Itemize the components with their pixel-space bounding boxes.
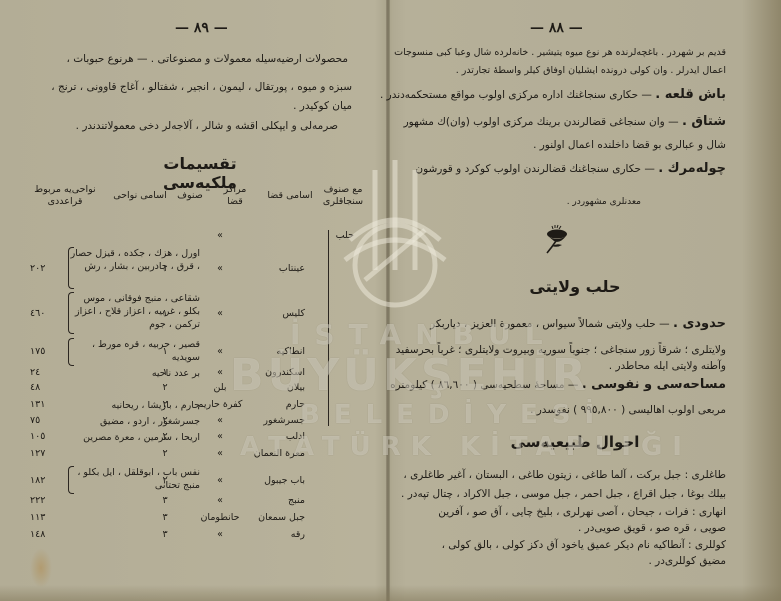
paragraph-line: اعمال ایدرلر . وان كولی درونده ایشلیان ا… xyxy=(456,64,726,78)
cell-villages: ٤٦٠ xyxy=(30,308,65,319)
cell-center: » xyxy=(195,308,245,319)
header-nahiye: اسامی نواحی xyxy=(110,190,170,202)
brace xyxy=(68,247,74,289)
cell-nahiye: اریحا ، سرمین ، معرة مصرین xyxy=(70,431,200,444)
cell-villages: ١٠٥ xyxy=(30,431,65,442)
entry-text: — حكاری سنجاغنك قضالرندن اولوب كوكرد و ق… xyxy=(415,163,654,175)
boundaries-line: حدودی . — حلب ولایتی شمالاً سیواس ، معمو… xyxy=(430,317,726,331)
cell-center: » xyxy=(195,263,245,274)
brace xyxy=(68,292,74,334)
area-text: — مساحهٔ سطحیه‌سی ( ٨٦,٦٠٠ ) كیلومتره xyxy=(390,379,578,391)
cell-villages: ١٣١ xyxy=(30,399,65,410)
cell-villages: ١٨٢ xyxy=(30,475,65,486)
cell-center: » xyxy=(195,495,245,506)
cell-center: » xyxy=(195,529,245,540)
left-page: — ٨٩ — محصولات ارضیه‌سیله معمولات و مصنو… xyxy=(0,0,388,601)
brace xyxy=(68,466,74,494)
natural-line: انهاری : فرات ، جیحان ، آصی نهرلری ، بلی… xyxy=(438,505,726,519)
page-number-right: — ٨٨ — xyxy=(530,20,583,36)
entry-text: — حكاری سنجاغنك اداره مركزی اولوب مواقع … xyxy=(380,89,652,101)
cell-kaza: اسكندرون xyxy=(245,367,305,378)
cell-center: » xyxy=(195,346,245,357)
cell-center: حانطومان xyxy=(195,512,245,523)
cell-class: ٢ xyxy=(150,448,180,459)
cell-kaza: جبل سمعان xyxy=(245,512,305,523)
flower-ornament-icon xyxy=(540,224,574,254)
paragraph-line: صرمه‌لی و ایپکلی اقشه و شالر ، آلاجه‌لر … xyxy=(76,119,338,133)
page-number-left: — ٨٩ — xyxy=(175,20,228,36)
natural-line: كوللری : آنطاكیه نام دیكر عمیق یاخود آق … xyxy=(442,538,726,552)
table-header: مع صنوف سنجاقلری اسامی قضا مراکز قضا صنو… xyxy=(30,184,360,220)
cell-kaza: كلیس xyxy=(245,308,305,319)
paragraph-line: سبزه و میوه ، پورتقال ، لیمون ، انجیر ، … xyxy=(51,80,352,94)
cell-villages: ١١٣ xyxy=(30,512,65,523)
cell-kaza: انطاكیه xyxy=(245,346,305,357)
area-population-line: مربعی اولوب اهالیسی ( ٩٩٥,٨٠٠ ) نفوسدر . xyxy=(530,403,726,417)
paragraph-line: محصولات ارضیه‌سیله معمولات و مصنوعاتی . … xyxy=(67,52,348,66)
area-population-line: مساحه‌سی و نفوسی . — مساحهٔ سطحیه‌سی ( ٨… xyxy=(390,378,726,392)
boundaries-line: وآطنه ولایتی ایله محاطدر . xyxy=(609,359,726,373)
cell-class: ٣ xyxy=(150,512,180,523)
cell-nahiye: نفس باب ، ابوقلقل ، ایل بكلو ، منبج تحتا… xyxy=(70,466,200,492)
entry-colemerik: چوله‌مرك . — حكاری سنجاغنك قضالرندن اولو… xyxy=(415,162,726,176)
paragraph-line: قدیم بر شهردر . باغچه‌لرنده هر نوع میوه … xyxy=(394,46,726,60)
boundaries-line: ولایتلری ؛ شرقاً زور سنجاغی ؛ جنوباً سور… xyxy=(396,343,726,357)
cell-villages: ٢٠٢ xyxy=(30,263,65,274)
entry-term: شتاق . xyxy=(682,114,726,129)
entry-term: باش قلعه . xyxy=(655,87,726,102)
paragraph-line: میان کوکیدر . xyxy=(293,99,352,113)
cell-villages: ١٤٨ xyxy=(30,529,65,540)
natural-line: بیلك بوغا ، جبل اقراع ، جبل احمر ، جبل م… xyxy=(401,487,726,501)
cell-center: كفرة حاریم xyxy=(195,399,245,410)
header-center: مراکز قضا xyxy=(215,184,255,208)
cell-kaza: عینتاب xyxy=(245,263,305,274)
brace xyxy=(68,338,74,366)
cell-nahiye: حارم ، باریشا ، ریحانیه xyxy=(70,399,200,412)
section-title-aleppo: حلب ولایتی xyxy=(500,277,650,296)
cell-kaza: حارم xyxy=(245,399,305,410)
cell-kaza: باب جیبول xyxy=(245,475,305,486)
cell-villages: ١٢٧ xyxy=(30,448,65,459)
cell-kaza: منبج xyxy=(245,495,305,506)
entry-shatak: شتاق . — وان سنجاغی قضالرندن برینك مركزی… xyxy=(404,115,726,129)
cell-villages: ٢٤ xyxy=(30,367,65,378)
entry-text: — وان سنجاغی قضالرندن برینك مركزی اولوب … xyxy=(404,116,679,128)
header-class: صنوف xyxy=(170,190,210,202)
cell-villages: ٤٨ xyxy=(30,382,65,393)
cell-class: ٣ xyxy=(150,529,180,540)
cell-nahiye: بر عدد ناحیه xyxy=(70,367,200,380)
cell-class: ٣ xyxy=(150,495,180,506)
cell-center: بلن xyxy=(195,382,245,393)
cell-center: » xyxy=(195,230,245,241)
cell-nahiye: قصیر ، حربیه ، قره مورط ، سویدیه xyxy=(70,338,200,364)
cell-nahiye: اورل ، هزك ، جكده ، قیزل حصار ، قرق ، چا… xyxy=(70,247,200,273)
cell-sanjak: حلب xyxy=(290,230,354,241)
cell-nahiye: جسرشغور ، اردو ، مضیق xyxy=(70,415,200,428)
section-title-natural: احوال طبیعیه‌سی xyxy=(490,433,660,451)
cell-center: » xyxy=(195,475,245,486)
entry-continuation: شال و عبالری بو قضا داخلنده اعمال اولنور… xyxy=(533,138,726,152)
cell-villages: ٢٢٢ xyxy=(30,495,65,506)
cell-villages: ١٧٥ xyxy=(30,346,65,357)
cell-kaza: جسرشغور xyxy=(245,415,305,426)
natural-line: صویی ، قره صو ، قویق صویی‌در . xyxy=(578,521,726,535)
right-page: — ٨٨ — قدیم بر شهردر . باغچه‌لرنده هر نو… xyxy=(390,0,781,601)
cell-villages: ٧٥ xyxy=(30,415,65,426)
entry-continuation: معدنلری مشهوردر . xyxy=(567,195,641,209)
cell-class: ٢ xyxy=(150,382,180,393)
cell-center: » xyxy=(195,431,245,442)
cell-kaza: بیلان xyxy=(245,382,305,393)
entry-term: چوله‌مرك . xyxy=(658,161,726,176)
cell-nahiye: شقاعی ، منبج فوقانی ، موس بكلو ، غربیه ،… xyxy=(70,292,200,331)
cell-center: » xyxy=(195,367,245,378)
cell-center: » xyxy=(195,448,245,459)
cell-center: » xyxy=(195,415,245,426)
entry-bash-kale: باش قلعه . — حكاری سنجاغنك اداره مركزی ا… xyxy=(380,88,726,102)
table-vertical-rule xyxy=(328,230,329,426)
header-sanjak: مع صنوف سنجاقلری xyxy=(318,184,368,208)
area-term: مساحه‌سی و نفوسی . xyxy=(582,377,726,392)
boundaries-term: حدودی . xyxy=(673,316,726,331)
header-kaza: اسامی قضا xyxy=(265,190,315,202)
natural-line: مضیق كوللری‌در . xyxy=(648,554,726,568)
header-villages: نواحی‌یه مربوط قراعددی xyxy=(30,184,100,208)
boundaries-text: — حلب ولایتی شمالاً سیواس ، معمورة العزی… xyxy=(430,318,670,330)
cell-kaza: ادلب xyxy=(245,431,305,442)
cell-kaza: رقه xyxy=(245,529,305,540)
natural-line: طاغلری : جبل بركت ، آلما طاغی ، زیتون طا… xyxy=(403,468,726,482)
cell-kaza: معرة النعمان xyxy=(245,448,305,459)
